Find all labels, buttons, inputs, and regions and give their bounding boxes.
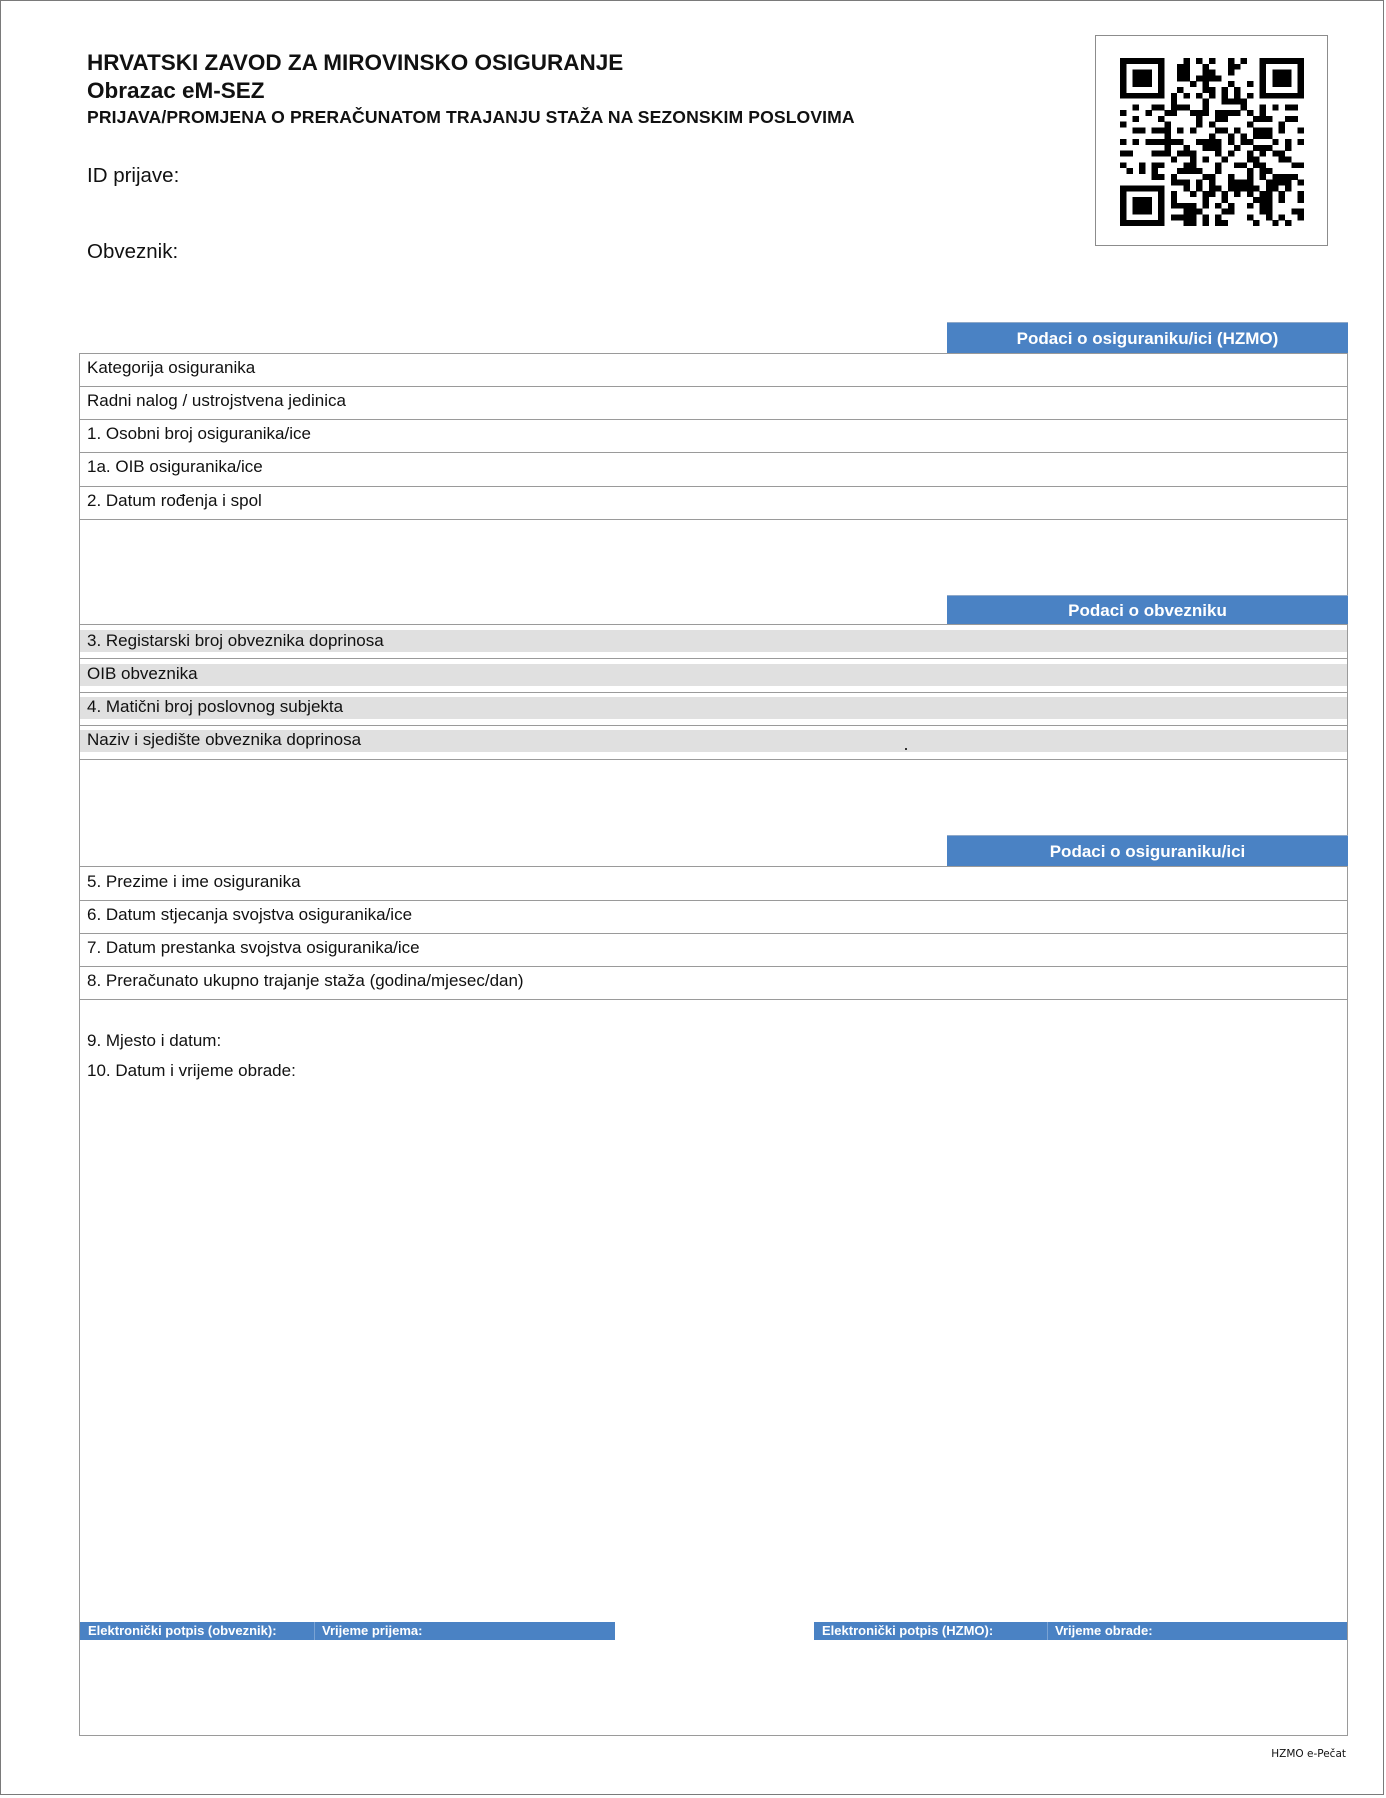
e-pecat-stamp: HZMO e-Pečat [1271,1748,1346,1760]
divider [79,966,1348,967]
obveznik-label: Obveznik: [87,240,178,264]
signature-bar-obveznik: Elektronički potpis (obveznik): Vrijeme … [80,1622,615,1640]
divider [79,999,1348,1000]
row-ukupno-trajanje: 8. Preračunato ukupno trajanje staža (go… [87,971,524,991]
divider [79,658,1348,659]
form-name: Obrazac eM-SEZ [87,78,265,104]
divider [79,452,1348,453]
row-radni-nalog: Radni nalog / ustrojstvena jedinica [87,391,346,411]
time-received-label: Vrijeme prijema: [314,1622,422,1640]
divider [79,866,1348,867]
divider [79,933,1348,934]
signature-label-obveznik: Elektronički potpis (obveznik): [80,1622,277,1640]
divider [79,486,1348,487]
signature-label-hzmo: Elektronički potpis (HZMO): [814,1622,993,1640]
row-oib-obveznika: OIB obveznika [87,664,198,684]
row-datum-rodenja: 2. Datum rođenja i spol [87,491,262,511]
section-header-obveznik: Podaci o obvezniku [947,595,1348,624]
form-table [79,353,1348,1736]
organization-title: HRVATSKI ZAVOD ZA MIROVINSKO OSIGURANJE [87,50,623,76]
form-subtitle: PRIJAVA/PROMJENA O PRERAČUNATOM TRAJANJU… [87,107,855,128]
row-datum-prestanka: 7. Datum prestanka svojstva osiguranika/… [87,938,420,958]
datum-vrijeme-obrade-label: 10. Datum i vrijeme obrade: [87,1061,296,1081]
divider [79,353,1348,354]
divider [79,725,1348,726]
divider [79,900,1348,901]
row-oib-osiguranika: 1a. OIB osiguranika/ice [87,457,263,477]
divider [79,759,1348,760]
signature-bar-hzmo: Elektronički potpis (HZMO): Vrijeme obra… [814,1622,1347,1640]
divider [79,419,1348,420]
row-naziv-sjediste: Naziv i sjedište obveznika doprinosa [87,730,361,750]
naziv-value-dot [905,748,907,750]
divider [79,386,1348,387]
time-processed-label: Vrijeme obrade: [1047,1622,1153,1640]
gray-row-band [80,664,1347,686]
divider [79,519,1348,520]
row-osobni-broj: 1. Osobni broj osiguranika/ice [87,424,311,444]
divider [79,624,1348,625]
section-header-osiguranik: Podaci o osiguraniku/ici [947,835,1348,866]
row-registarski-broj: 3. Registarski broj obveznika doprinosa [87,631,384,651]
row-prezime-ime: 5. Prezime i ime osiguranika [87,872,301,892]
section-header-hzmo: Podaci o osiguraniku/ici (HZMO) [947,322,1348,353]
qr-code-box [1095,35,1328,246]
id-prijave-label: ID prijave: [87,164,179,188]
row-datum-stjecanja: 6. Datum stjecanja svojstva osiguranika/… [87,905,412,925]
row-maticni-broj: 4. Matični broj poslovnog subjekta [87,697,343,717]
mjesto-datum-label: 9. Mjesto i datum: [87,1031,221,1051]
qr-code-icon [1120,58,1304,226]
divider [79,692,1348,693]
row-kategorija-osiguranika: Kategorija osiguranika [87,358,255,378]
